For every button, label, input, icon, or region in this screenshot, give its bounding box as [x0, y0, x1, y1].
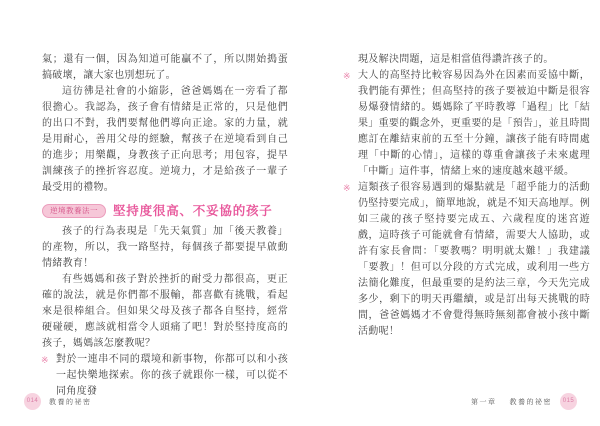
section-heading: 堅持度很高、不妥協的孩子: [113, 203, 273, 219]
reference-mark-icon: ※: [41, 352, 49, 368]
bullet-text: 這類孩子很容易遇到的爆點就是「超乎能力的活動仍堅持要完成」，簡單地說，就是不知天…: [358, 182, 590, 337]
chapter-title: 第一章: [471, 397, 497, 407]
book-title: 教養的祕密: [510, 397, 553, 407]
bullet-item: ※ 這類孩子很容易遇到的爆點就是「超乎能力的活動仍堅持要完成」，簡單地說，就是不…: [344, 180, 590, 340]
paragraph-temperament: 孩子的行為表現是「先天氣質」加「後天教養」的產物，所以，我一路堅持，每個孩子都要…: [42, 224, 288, 272]
section-header: 逆境教養法一 堅持度很高、不妥協的孩子: [42, 203, 288, 219]
bullet-text: 大人的高堅持比較容易因為外在因素而妥協中斷，我們能有彈性；但高堅持的孩子要被迫中…: [358, 70, 590, 177]
paragraph-continuation: 現及解決問題，這是相當值得讚許孩子的。: [344, 52, 590, 68]
page-number-badge: 015: [560, 393, 577, 410]
reference-mark-icon: ※: [343, 68, 351, 84]
page-right: 現及解決問題，這是相當值得讚許孩子的。 ※ 大人的高堅持比較容易因為外在因素而妥…: [344, 52, 590, 340]
paragraph-persistence: 有些媽媽和孩子對於挫折的耐受力都很高，更正確的說法，就是你們都不服輸，都喜歡有挑…: [42, 272, 288, 352]
footer-right: 第一章 教養的祕密 015: [471, 393, 577, 410]
page-number-badge: 014: [24, 393, 41, 410]
paragraph-continuation: 氣；還有一個，因為知道可能贏不了，所以開始搗蛋搞破壞，讓大家也別想玩了。: [42, 52, 288, 84]
reference-mark-icon: ※: [343, 180, 351, 196]
bullet-text: 對於一連串不同的環境和新事物，你都可以和小孩一起快樂地探索。你的孩子就跟你一樣，…: [56, 354, 288, 397]
bullet-item: ※ 大人的高堅持比較容易因為外在因素而妥協中斷，我們能有彈性；但高堅持的孩子要被…: [344, 68, 590, 180]
book-spread: 氣；還有一個，因為知道可能贏不了，所以開始搗蛋搞破壞，讓大家也別想玩了。 這彷彿…: [0, 0, 600, 426]
page-left: 氣；還有一個，因為知道可能贏不了，所以開始搗蛋搞破壞，讓大家也別想玩了。 這彷彿…: [42, 52, 288, 400]
book-title: 教養的祕密: [49, 397, 92, 407]
footer-left: 014 教養的祕密: [24, 393, 92, 410]
method-badge: 逆境教養法一: [42, 204, 106, 219]
paragraph-society: 這彷彿是社會的小縮影，爸爸媽媽在一旁看了都很擔心。我認為，孩子會有情緒是正常的，…: [42, 84, 288, 196]
